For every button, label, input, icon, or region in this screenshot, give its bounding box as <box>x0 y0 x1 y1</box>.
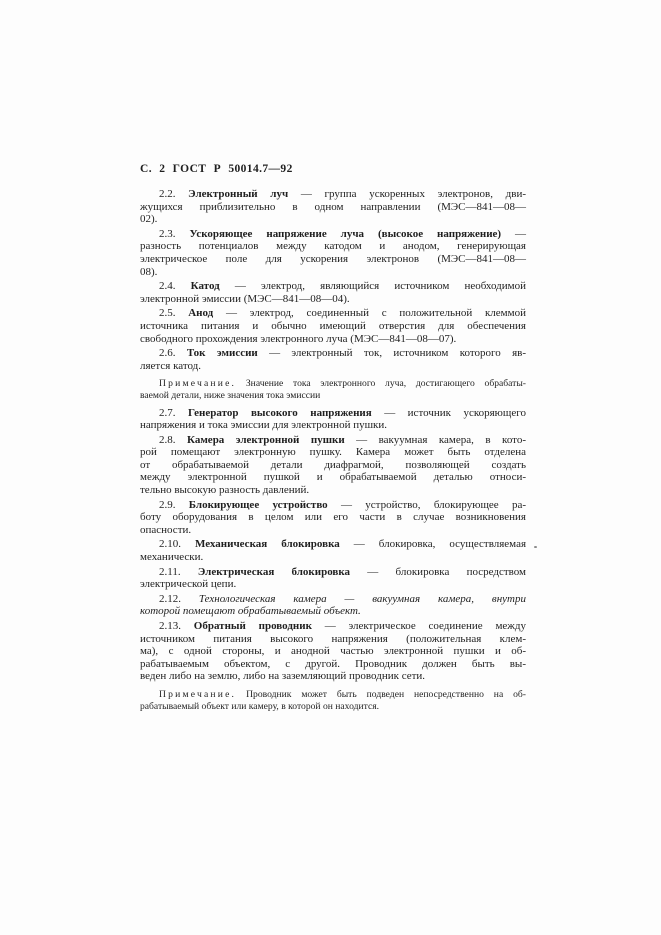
term-paragraph: 2.6. Ток эмиссии — электронный ток, исто… <box>140 347 526 372</box>
term-name: Камера электронной пушки <box>187 434 345 446</box>
text-line: ваемой детали, ниже значения тока эмисси… <box>140 390 526 402</box>
text-segment: веден либо на землю, либо на заземляющий… <box>140 670 425 682</box>
term-paragraph: 2.10. Механическая блокировка — блокиров… <box>140 538 526 563</box>
text-segment: — блокировка, осуществляемая <box>340 538 526 550</box>
text-segment: электронной эмиссии (МЭС—841—08—04). <box>140 293 350 305</box>
note-paragraph: Примечание. Проводник может быть подведе… <box>140 689 526 712</box>
text-segment: 2.8. <box>159 434 187 446</box>
term-name: Электронный луч <box>188 188 288 200</box>
text-line: электрической цепи. <box>140 578 526 591</box>
term-paragraph: 2.2. Электронный луч — группа ускоренных… <box>140 188 526 226</box>
text-line: свободного прохождения электронного луча… <box>140 333 526 346</box>
document-page: С. 2 ГОСТ Р 50014.7—92 2.2. Электронный … <box>0 0 661 935</box>
text-segment: напряжения и тока эмиссии для электронно… <box>140 419 387 431</box>
text-line: между электронной пушкой и обрабатываемо… <box>140 471 526 484</box>
term-name: Катод <box>191 280 220 292</box>
term-paragraph: 2.12. Технологическая камера — вакуумная… <box>140 593 526 618</box>
term-paragraph: 2.3. Ускоряющее напряжение луча (высокое… <box>140 228 526 278</box>
text-segment: 2.12. <box>159 593 199 605</box>
text-segment: боту оборудования в целом или его части … <box>140 511 526 523</box>
text-segment: Технологическая камера — вакуумная камер… <box>199 593 526 605</box>
text-segment: 2.2. <box>159 188 188 200</box>
term-name: Блокирующее устройство <box>189 499 328 511</box>
page-header: С. 2 ГОСТ Р 50014.7—92 <box>140 163 540 175</box>
text-line: 2.7. Генератор высокого напряжения — ист… <box>140 407 526 420</box>
text-segment: 2.7. <box>159 407 188 419</box>
term-paragraph: 2.5. Анод — электрод, соединенный с поло… <box>140 307 526 345</box>
term-paragraph: 2.11. Электрическая блокировка — блокиро… <box>140 566 526 591</box>
term-name: Механическая блокировка <box>195 538 340 550</box>
text-segment: — электрод, соединенный с положительной … <box>213 307 526 319</box>
term-name: Обратный проводник <box>194 620 312 632</box>
term-paragraph: 2.8. Камера электронной пушки — вакуумна… <box>140 434 526 497</box>
text-line: 2.13. Обратный проводник — электрическое… <box>140 620 526 633</box>
text-segment: 2.13. <box>159 620 194 632</box>
text-line: 2.10. Механическая блокировка — блокиров… <box>140 538 526 551</box>
text-segment: 2.5. <box>159 307 188 319</box>
text-segment: электрическое поле для ускорения электро… <box>140 253 526 265</box>
text-segment: рабатываемым объектом, с другой. Проводн… <box>140 658 526 670</box>
text-segment: рабатываемый объект или камеру, в которо… <box>140 701 379 712</box>
text-line: ма), с одной стороны, и анодной частью э… <box>140 645 526 658</box>
term-paragraph: 2.9. Блокирующее устройство — устройство… <box>140 499 526 537</box>
term-paragraph: 2.7. Генератор высокого напряжения — ист… <box>140 407 526 432</box>
text-segment: 08). <box>140 266 157 278</box>
text-segment: жущихся приблизительно в одном направлен… <box>140 201 526 213</box>
document-body: 2.2. Электронный луч — группа ускоренных… <box>140 188 526 717</box>
text-line: напряжения и тока эмиссии для электронно… <box>140 419 526 432</box>
text-segment: ляется катод. <box>140 360 201 372</box>
text-segment: 2.3. <box>159 228 189 240</box>
text-segment: опасности. <box>140 524 191 536</box>
term-paragraph: 2.13. Обратный проводник — электрическое… <box>140 620 526 683</box>
text-segment: 2.6. <box>159 347 187 359</box>
text-line: 2.8. Камера электронной пушки — вакуумна… <box>140 434 526 447</box>
term-name: Ускоряющее напряжение луча (высокое напр… <box>189 228 501 240</box>
text-line: Примечание. Проводник может быть подведе… <box>140 689 526 701</box>
text-segment: механически. <box>140 551 203 563</box>
text-line: 2.12. Технологическая камера — вакуумная… <box>140 593 526 606</box>
text-segment: тельно высокую разность давлений. <box>140 484 309 496</box>
text-line: электронной эмиссии (МЭС—841—08—04). <box>140 293 526 306</box>
text-line: опасности. <box>140 524 526 537</box>
text-line: 2.9. Блокирующее устройство — устройство… <box>140 499 526 512</box>
text-segment: свободного прохождения электронного луча… <box>140 333 456 345</box>
text-line: механически. <box>140 551 526 564</box>
term-name: Генератор высокого напряжения <box>188 407 372 419</box>
text-line: ляется катод. <box>140 360 526 373</box>
text-segment: 2.9. <box>159 499 189 511</box>
text-line: рабатываемый объект или камеру, в которо… <box>140 701 526 713</box>
text-segment: Примечание. <box>159 378 236 389</box>
text-segment: между электронной пушкой и обрабатываемо… <box>140 471 526 483</box>
text-segment: рой помещают электронную пушку. Камера м… <box>140 446 526 458</box>
text-segment: электрической цепи. <box>140 578 236 590</box>
text-segment: — блокировка посредством <box>350 566 526 578</box>
text-segment: источником питания высокого напряжения (… <box>140 633 526 645</box>
text-segment: разность потенциалов между катодом и ано… <box>140 240 526 252</box>
text-line: рой помещают электронную пушку. Камера м… <box>140 446 526 459</box>
text-line: 02). <box>140 213 526 226</box>
term-name: Анод <box>188 307 213 319</box>
text-line: которой помещают обрабатываемый объект. <box>140 605 526 618</box>
text-segment: — электронный ток, источником которого я… <box>258 347 526 359</box>
text-line: 08). <box>140 266 526 279</box>
text-segment: — <box>501 228 526 240</box>
term-name: Электрическая блокировка <box>198 566 350 578</box>
text-segment: ваемой детали, ниже значения тока эмисси… <box>140 390 320 401</box>
text-line: разность потенциалов между катодом и ано… <box>140 240 526 253</box>
text-line: 2.6. Ток эмиссии — электронный ток, исто… <box>140 347 526 360</box>
text-line: Примечание. Значение тока электронного л… <box>140 378 526 390</box>
text-segment: источника питания и обычно имеющий отвер… <box>140 320 526 332</box>
text-line: 2.3. Ускоряющее напряжение луча (высокое… <box>140 228 526 241</box>
text-line: 2.4. Катод — электрод, являющийся источн… <box>140 280 526 293</box>
text-segment: Примечание. <box>159 689 236 700</box>
text-line: от обрабатываемой детали диафрагмой, поз… <box>140 459 526 472</box>
text-line: тельно высокую разность давлений. <box>140 484 526 497</box>
text-segment: ма), с одной стороны, и анодной частью э… <box>140 645 526 657</box>
text-segment: 2.10. <box>159 538 195 550</box>
text-segment: — источник ускоряющего <box>372 407 526 419</box>
text-segment: — группа ускоренных электронов, дви- <box>288 188 526 200</box>
text-segment: — устройство, блокирующее ра- <box>328 499 526 511</box>
text-line: 2.2. Электронный луч — группа ускоренных… <box>140 188 526 201</box>
term-name: Ток эмиссии <box>187 347 258 359</box>
text-line: рабатываемым объектом, с другой. Проводн… <box>140 658 526 671</box>
text-segment: Проводник может быть подведен непосредст… <box>236 689 526 700</box>
text-segment: Значение тока электронного луча, достига… <box>236 378 526 389</box>
text-line: источника питания и обычно имеющий отвер… <box>140 320 526 333</box>
text-segment: 02). <box>140 213 157 225</box>
note-paragraph: Примечание. Значение тока электронного л… <box>140 378 526 401</box>
text-segment: от обрабатываемой детали диафрагмой, поз… <box>140 459 526 471</box>
text-line: 2.5. Анод — электрод, соединенный с поло… <box>140 307 526 320</box>
text-segment: 2.11. <box>159 566 198 578</box>
text-line: электрическое поле для ускорения электро… <box>140 253 526 266</box>
term-paragraph: 2.4. Катод — электрод, являющийся источн… <box>140 280 526 305</box>
text-line: веден либо на землю, либо на заземляющий… <box>140 670 526 683</box>
text-segment: — электрод, являющийся источником необхо… <box>220 280 526 292</box>
text-line: источником питания высокого напряжения (… <box>140 633 526 646</box>
text-line: жущихся приблизительно в одном направлен… <box>140 201 526 214</box>
text-segment: которой помещают обрабатываемый объект. <box>140 605 361 617</box>
text-segment: — электрическое соединение между <box>312 620 526 632</box>
text-line: 2.11. Электрическая блокировка — блокиро… <box>140 566 526 579</box>
text-line: боту оборудования в целом или его части … <box>140 511 526 524</box>
scan-speck <box>534 546 537 548</box>
text-segment: 2.4. <box>159 280 191 292</box>
text-segment: — вакуумная камера, в кото- <box>345 434 526 446</box>
